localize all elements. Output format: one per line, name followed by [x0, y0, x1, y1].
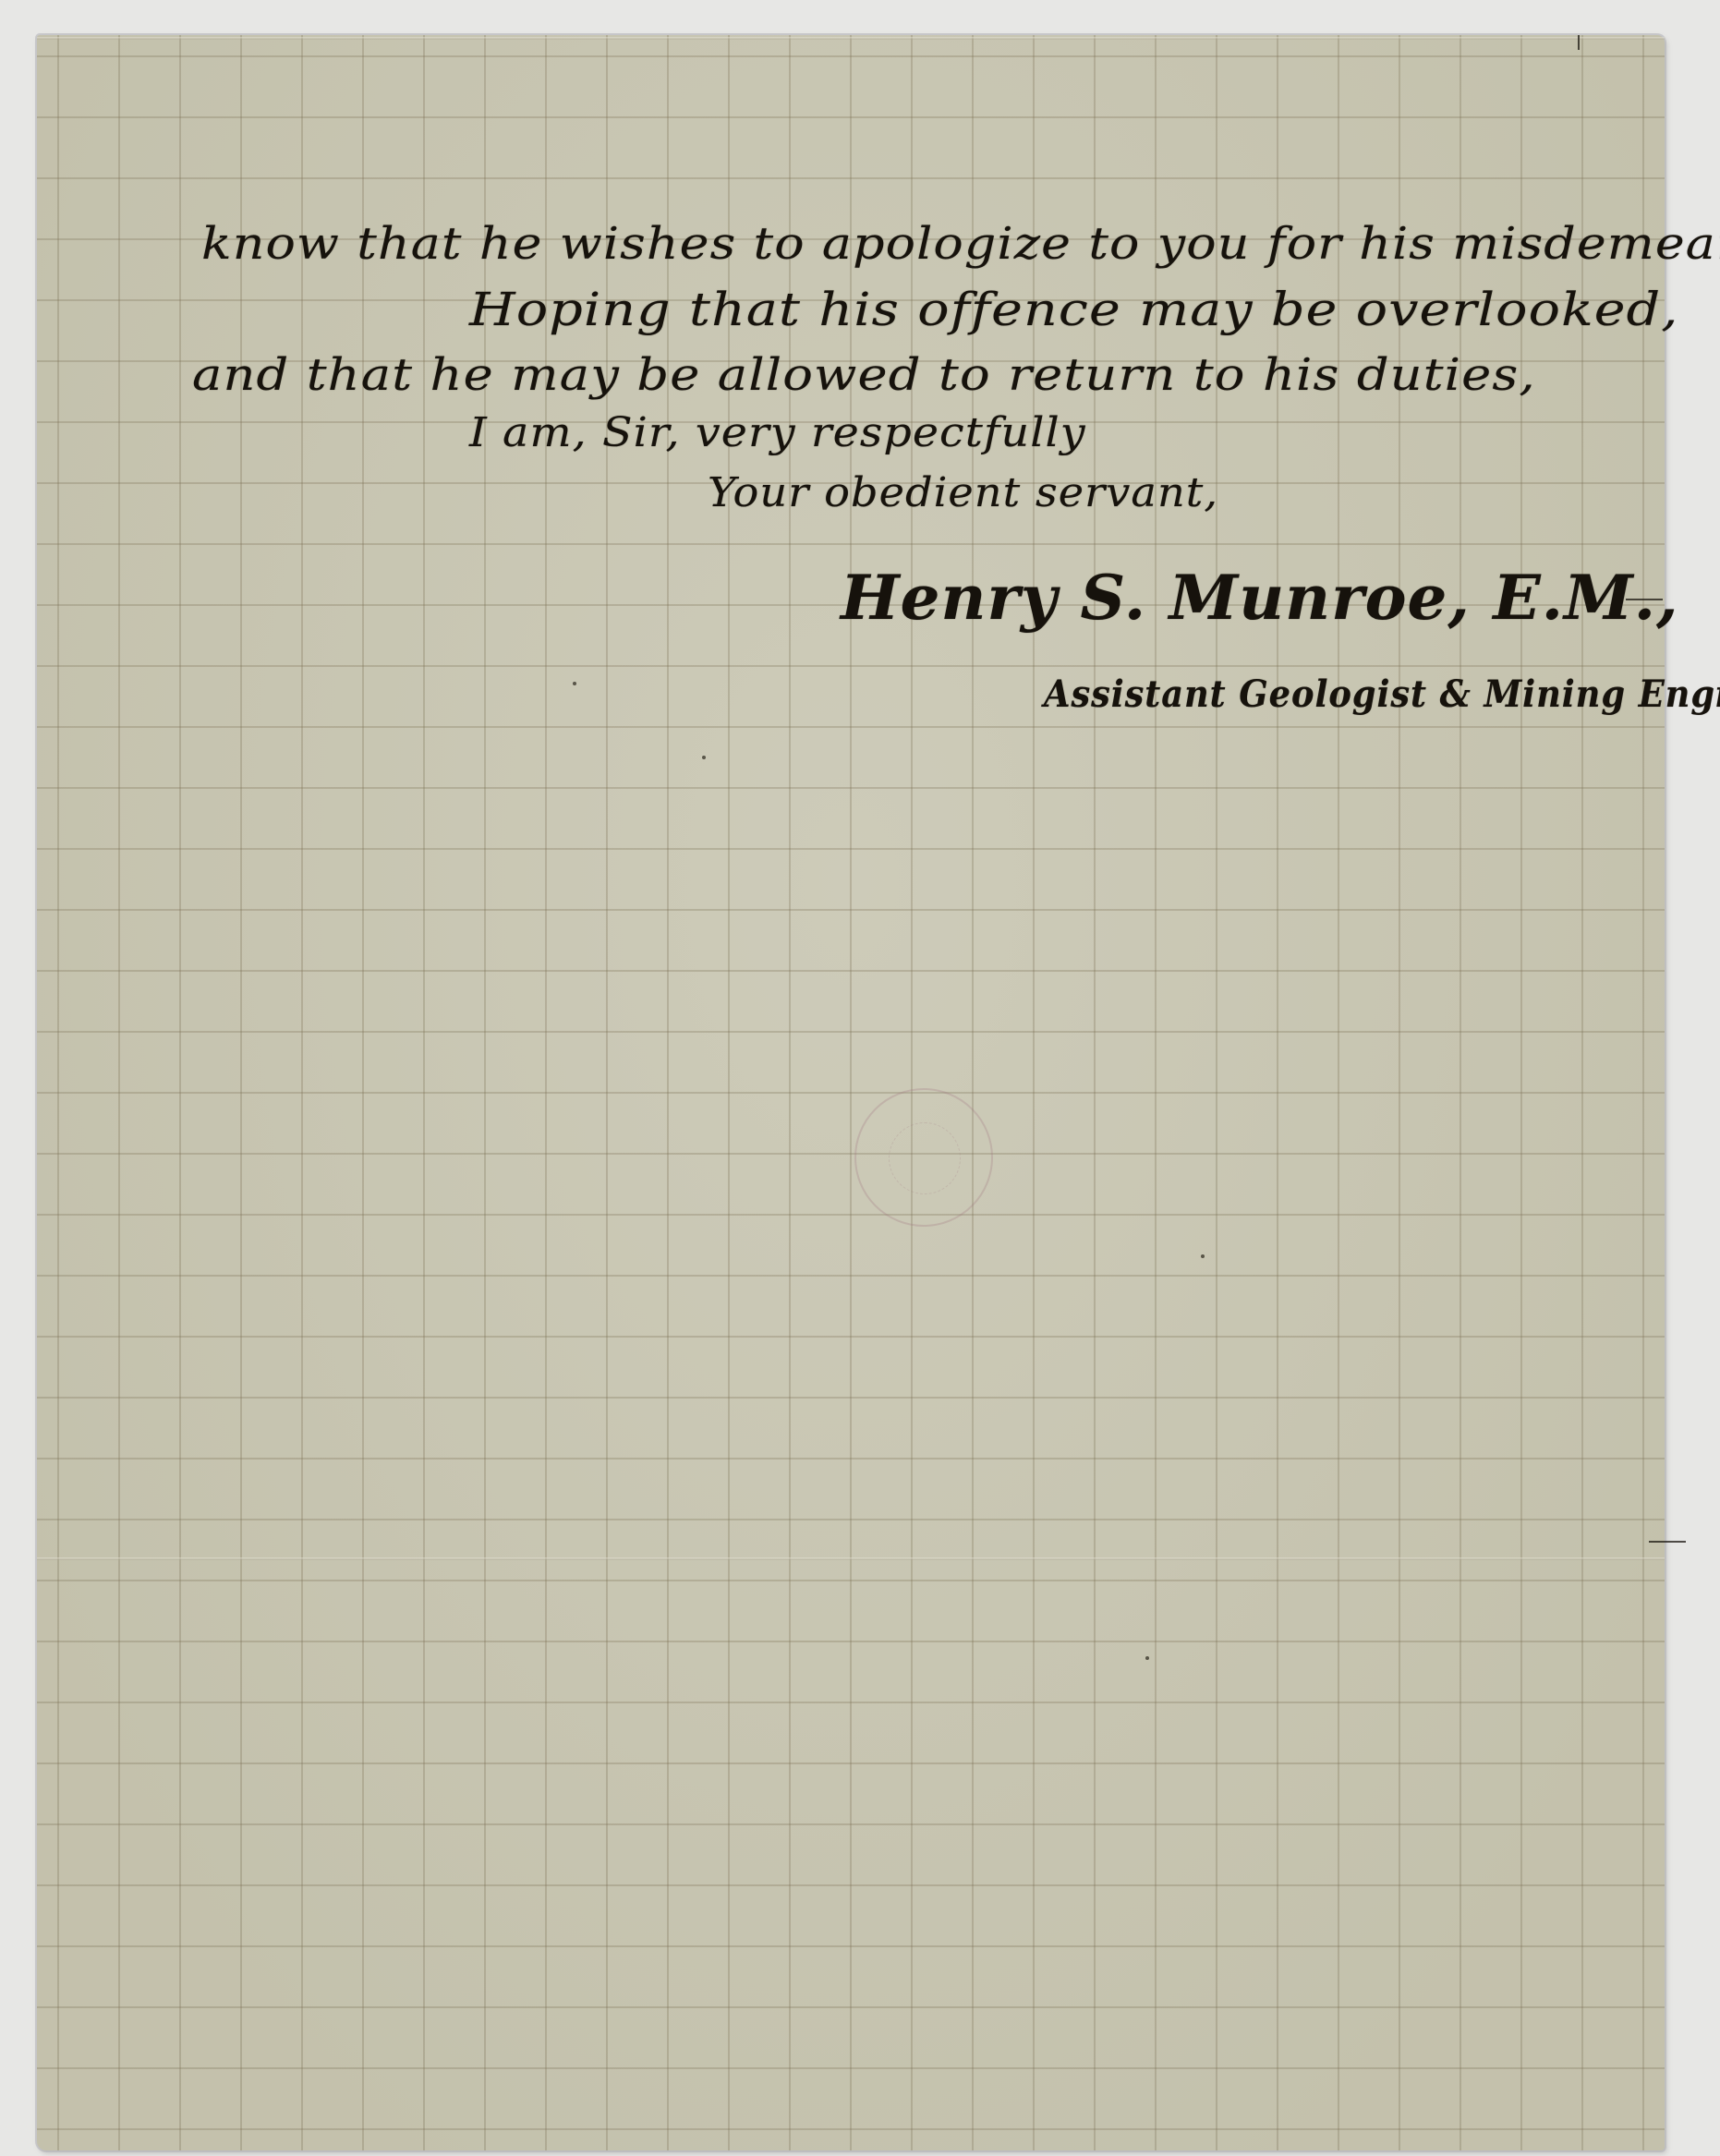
letter-line-1: know that he wishes to apologize to you … — [201, 218, 1720, 270]
letter-line-3: and that he may be allowed to return to … — [192, 349, 1536, 401]
fold-line — [37, 1557, 1665, 1560]
signature-name: Henry S. Munroe, E.M., — [841, 562, 1679, 634]
edge-tear-right-lower — [1649, 1541, 1686, 1543]
scan-background: know that he wishes to apologize to you … — [0, 0, 1720, 2156]
ink-speck — [1201, 1254, 1205, 1258]
closing-line-1: I am, Sir, very respectfully — [469, 409, 1086, 456]
ink-speck — [702, 756, 706, 759]
letter-page: know that he wishes to apologize to you … — [37, 35, 1665, 2150]
signature-title: Assistant Geologist & Mining Engineer. — [1044, 672, 1720, 716]
top-edge — [37, 37, 1665, 40]
ink-speck — [573, 682, 576, 685]
stamp-inner-ring — [889, 1122, 961, 1194]
faint-stamp — [854, 1088, 993, 1227]
ink-speck — [1145, 1656, 1149, 1660]
letter-line-2: Hoping that his offence may be overlooke… — [469, 283, 1679, 336]
closing-line-2: Your obedient servant, — [708, 469, 1218, 516]
edge-tear-top — [1578, 35, 1580, 50]
